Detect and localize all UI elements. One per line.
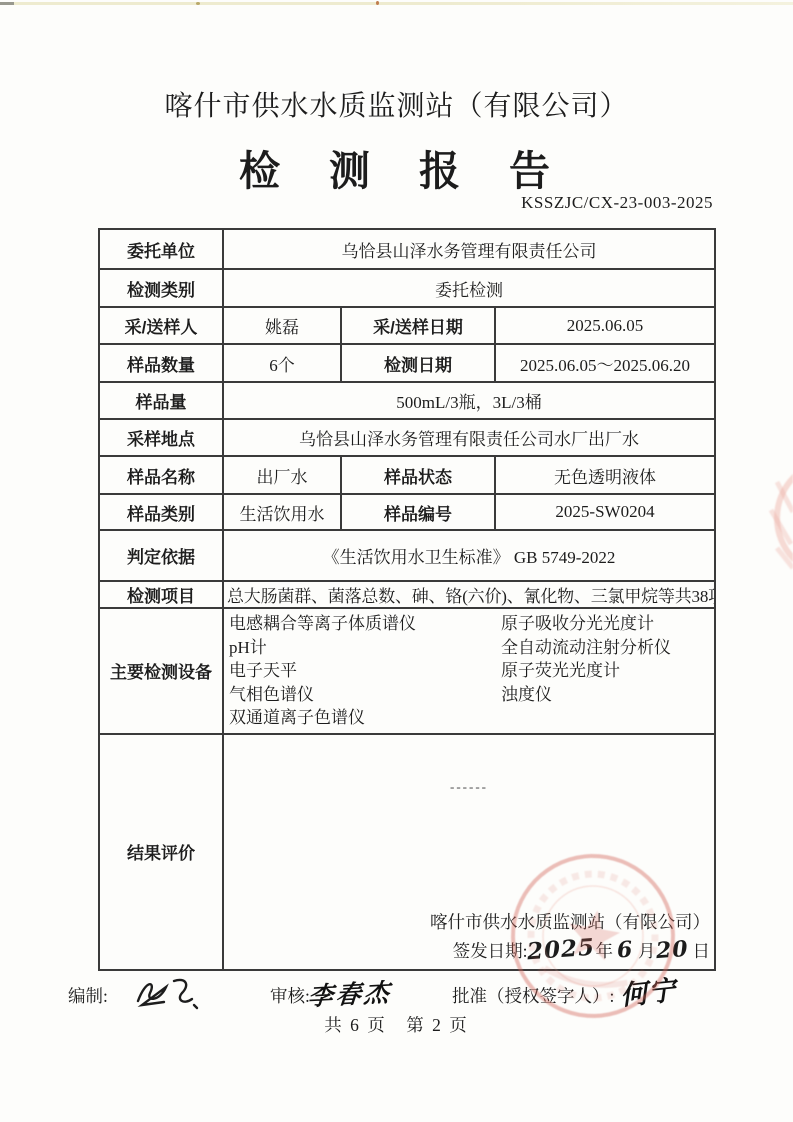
test-category-value: 委托检测 — [223, 269, 715, 307]
prepared-signature-scribble — [134, 971, 206, 1017]
judgment-basis-label: 判定依据 — [99, 530, 223, 581]
issue-date-label: 签发日期: — [453, 941, 528, 961]
sample-type-label: 样品类别 — [99, 494, 223, 530]
scan-speck — [196, 2, 200, 5]
issue-day-handwritten: 20 — [655, 935, 689, 964]
client-label: 委托单位 — [99, 229, 223, 269]
sample-name-value: 出厂水 — [223, 456, 341, 494]
equipment-cell: 电感耦合等离子体质谱仪 pH计 电子天平 气相色谱仪 双通道离子色谱仪 原子吸收… — [223, 608, 715, 734]
table-row: 主要检测设备 电感耦合等离子体质谱仪 pH计 电子天平 气相色谱仪 双通道离子色… — [99, 608, 715, 734]
equipment-item: 全自动流动注射分析仪 — [501, 636, 671, 660]
equipment-item: 电子天平 — [229, 659, 501, 683]
result-evaluation-cell: ------ 喀什市供水水质监测站（有限公司） 签发日期:2025年 6 月20… — [223, 734, 715, 970]
client-value: 乌恰县山泽水务管理有限责任公司 — [223, 229, 715, 269]
issue-date-line: 签发日期:2025年 6 月20 日 — [430, 936, 710, 965]
sampler-value: 姚磊 — [223, 307, 341, 344]
org-title: 喀什市供水水质监测站（有限公司） — [0, 84, 793, 124]
judgment-basis-value: 《生活饮用水卫生标准》 GB 5749-2022 — [223, 530, 715, 581]
equipment-list-right: 原子吸收分光光度计 全自动流动注射分析仪 原子荧光光度计 浊度仪 — [501, 612, 671, 730]
table-row: 样品量 500mL/3瓶，3L/3桶 — [99, 382, 715, 419]
year-char: 年 — [595, 941, 613, 961]
result-org-line: 喀什市供水水质监测站（有限公司） — [430, 909, 710, 936]
table-row: 委托单位 乌恰县山泽水务管理有限责任公司 — [99, 229, 715, 269]
sample-amount-value: 500mL/3瓶，3L/3桶 — [223, 382, 715, 419]
issue-month-handwritten: 6 — [616, 936, 634, 964]
sample-date-value: 2025.06.05 — [495, 307, 715, 344]
day-char: 日 — [693, 941, 711, 961]
equipment-item: 原子荧光光度计 — [501, 659, 671, 683]
table-row: 判定依据 《生活饮用水卫生标准》 GB 5749-2022 — [99, 530, 715, 581]
table-row: 样品数量 6个 检测日期 2025.06.05～2025.06.20 — [99, 344, 715, 382]
scan-artifact-line — [0, 2, 793, 5]
partial-stamp-edge — [757, 452, 793, 590]
report-page: 喀什市供水水质监测站（有限公司） 检 测 报 告 KSSZJC/CX-23-00… — [0, 0, 793, 1122]
approved-label: 批准（授权签字人）: — [452, 983, 614, 1008]
equipment-item: 浊度仪 — [501, 683, 671, 707]
test-date-label: 检测日期 — [341, 344, 495, 382]
equipment-item: 电感耦合等离子体质谱仪 — [229, 612, 501, 636]
sample-date-label: 采/送样日期 — [341, 307, 495, 344]
sampling-location-label: 采样地点 — [99, 419, 223, 456]
equipment-item: 气相色谱仪 — [229, 683, 501, 707]
result-placeholder-dashes: ------ — [224, 779, 714, 795]
test-items-value: 总大肠菌群、菌落总数、砷、铬(六价)、氰化物、三氯甲烷等共38项 — [223, 581, 715, 608]
sample-state-value: 无色透明液体 — [495, 456, 715, 494]
issue-year-handwritten: 2025 — [527, 933, 597, 965]
prepared-label: 编制: — [68, 983, 108, 1008]
report-title: 检 测 报 告 — [0, 138, 793, 197]
table-row: 采/送样人 姚磊 采/送样日期 2025.06.05 — [99, 307, 715, 344]
result-evaluation-label: 结果评价 — [99, 734, 223, 970]
page-number-footer: 共 6 页 第 2 页 — [0, 1012, 793, 1037]
approved-signature: 何宁 — [618, 968, 678, 1013]
table-row: 样品名称 出厂水 样品状态 无色透明液体 — [99, 456, 715, 494]
sample-count-value: 6个 — [223, 344, 341, 382]
scan-speck — [376, 1, 379, 5]
table-row: 采样地点 乌恰县山泽水务管理有限责任公司水厂出厂水 — [99, 419, 715, 456]
equipment-item: 原子吸收分光光度计 — [501, 612, 671, 636]
reviewed-signature: 李春杰 — [306, 973, 393, 1014]
report-table: 委托单位 乌恰县山泽水务管理有限责任公司 检测类别 委托检测 采/送样人 姚磊 … — [98, 228, 716, 971]
result-sign-block: 喀什市供水水质监测站（有限公司） 签发日期:2025年 6 月20 日 — [430, 909, 710, 965]
month-char: 月 — [638, 941, 656, 961]
sample-name-label: 样品名称 — [99, 456, 223, 494]
sample-count-label: 样品数量 — [99, 344, 223, 382]
sampling-location-value: 乌恰县山泽水务管理有限责任公司水厂出厂水 — [223, 419, 715, 456]
equipment-list-left: 电感耦合等离子体质谱仪 pH计 电子天平 气相色谱仪 双通道离子色谱仪 — [229, 612, 501, 730]
test-category-label: 检测类别 — [99, 269, 223, 307]
sample-no-label: 样品编号 — [341, 494, 495, 530]
sampler-label: 采/送样人 — [99, 307, 223, 344]
report-number: KSSZJC/CX-23-003-2025 — [521, 193, 713, 213]
equipment-item: pH计 — [229, 636, 501, 660]
table-row: 检测类别 委托检测 — [99, 269, 715, 307]
table-row: 样品类别 生活饮用水 样品编号 2025-SW0204 — [99, 494, 715, 530]
table-row: 检测项目 总大肠菌群、菌落总数、砷、铬(六价)、氰化物、三氯甲烷等共38项 — [99, 581, 715, 608]
table-row: 结果评价 ------ 喀什市供水水质监测站（有限公司） 签发日期:2025年 … — [99, 734, 715, 970]
equipment-label: 主要检测设备 — [99, 608, 223, 734]
test-items-label: 检测项目 — [99, 581, 223, 608]
equipment-item: 双通道离子色谱仪 — [229, 706, 501, 730]
sample-type-value: 生活饮用水 — [223, 494, 341, 530]
sample-no-value: 2025-SW0204 — [495, 494, 715, 530]
sample-state-label: 样品状态 — [341, 456, 495, 494]
sample-amount-label: 样品量 — [99, 382, 223, 419]
test-date-value: 2025.06.05～2025.06.20 — [495, 344, 715, 382]
reviewed-label: 审核: — [270, 983, 310, 1008]
